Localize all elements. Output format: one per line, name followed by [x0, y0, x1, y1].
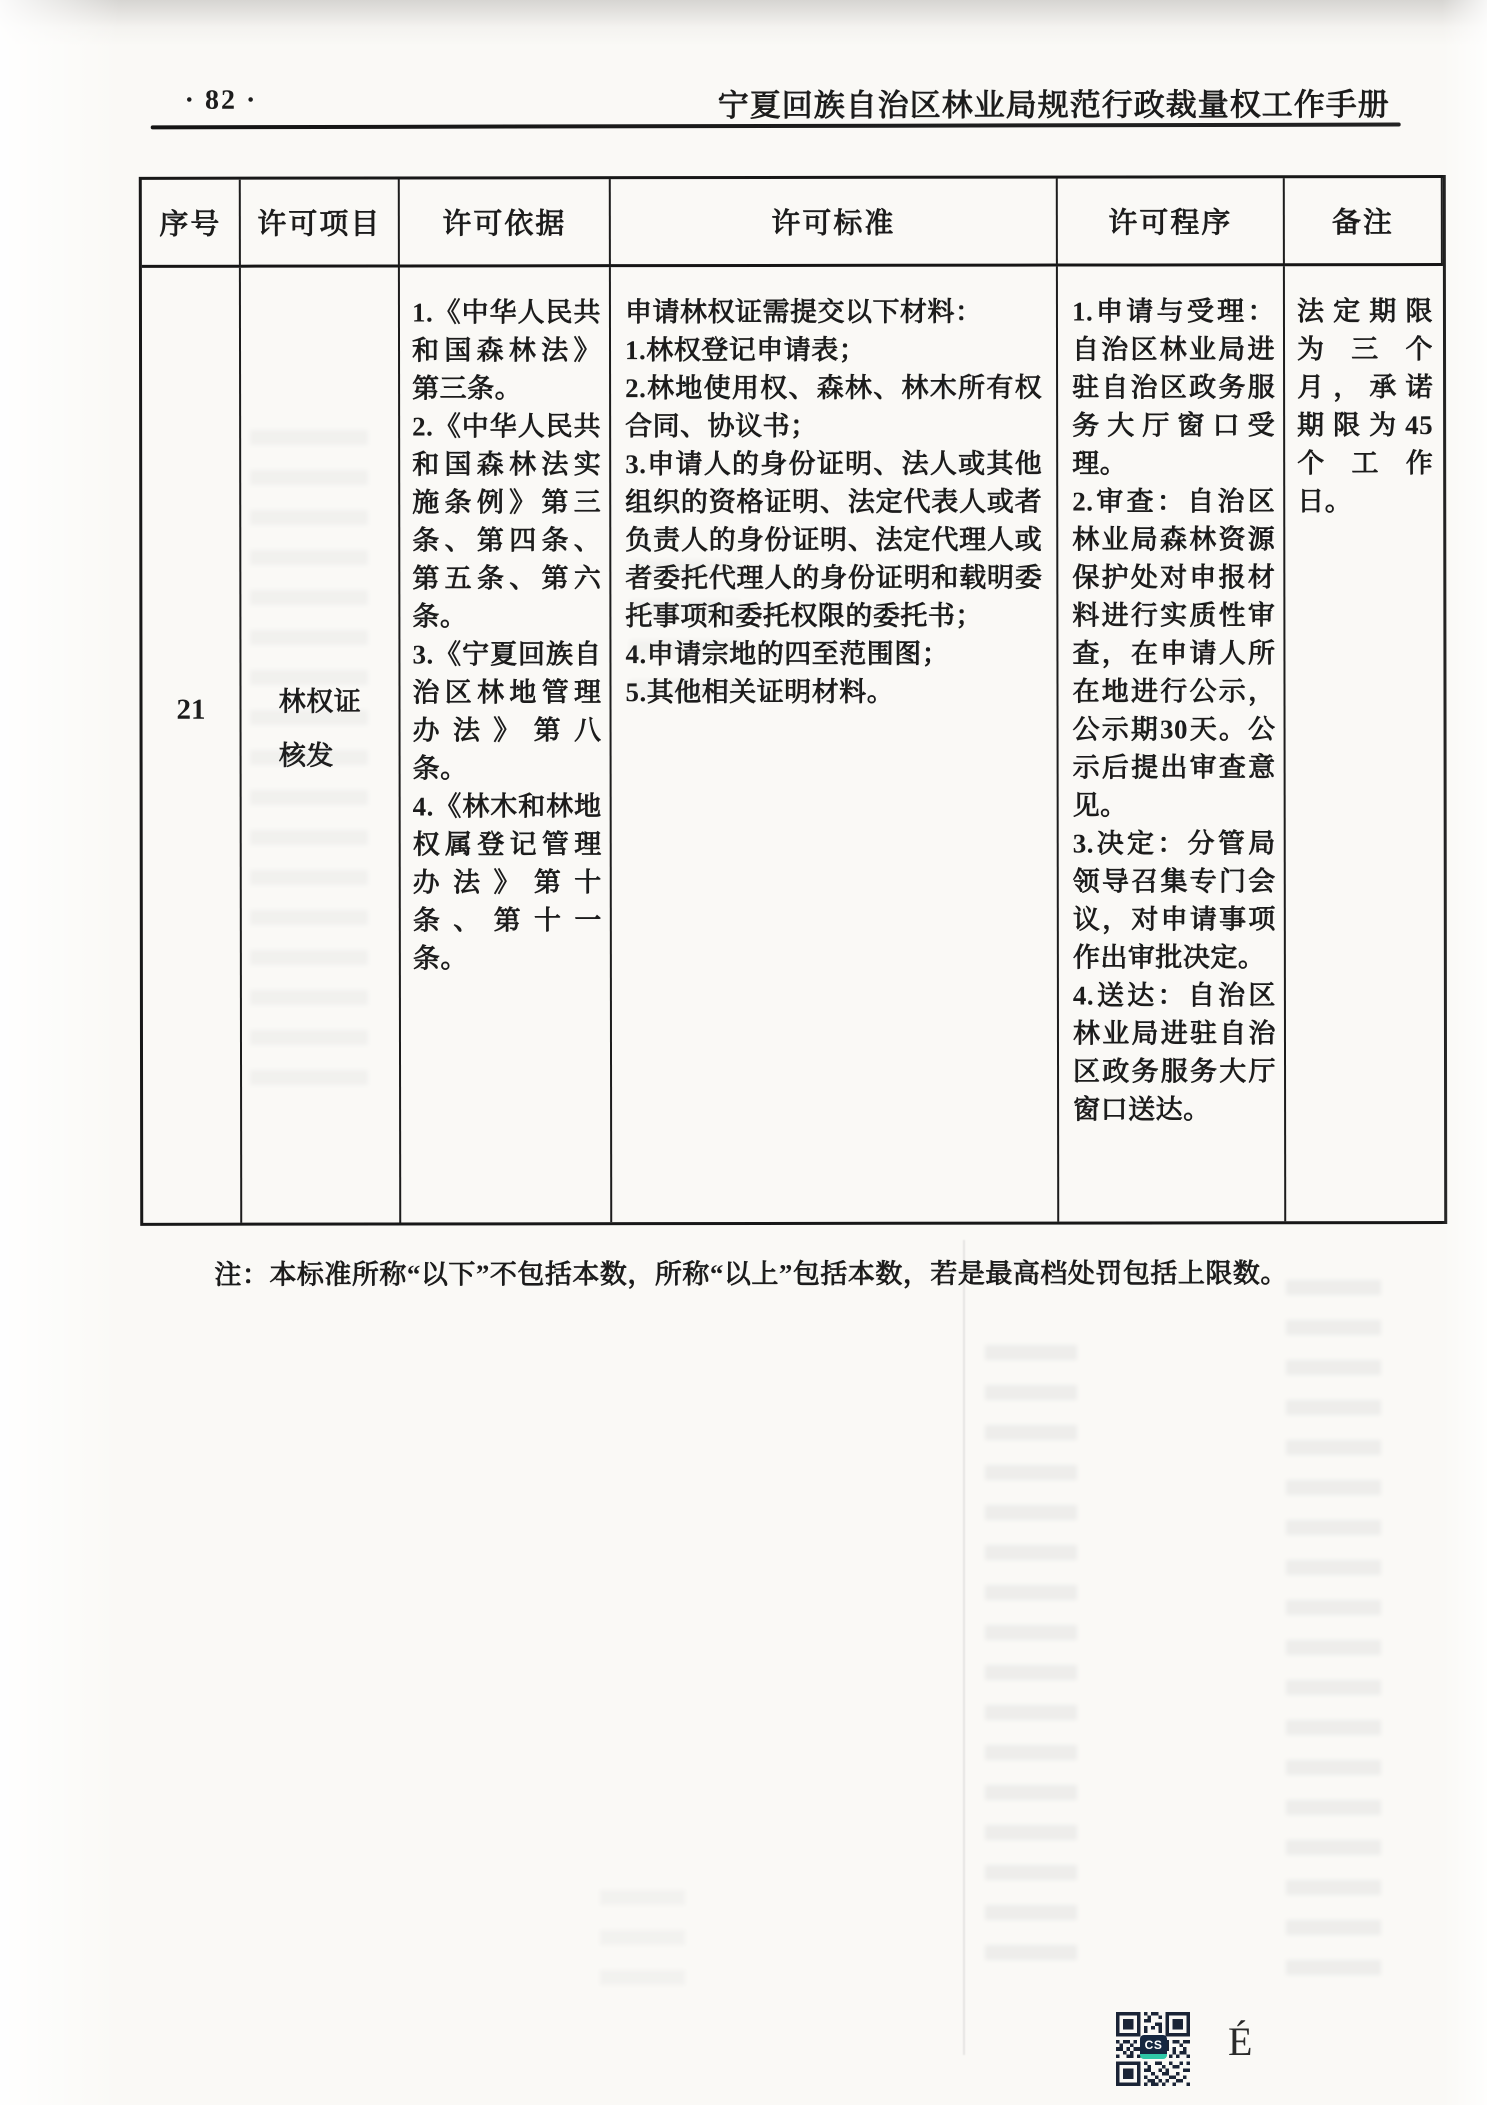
column-header-serial: 序号: [142, 180, 241, 268]
column-header-permit-standard: 许可标准: [611, 179, 1058, 268]
cell-permit-item: 林权证 核发: [241, 267, 401, 1222]
column-header-remarks: 备注: [1285, 178, 1443, 266]
permit-item-text: 林权证 核发: [279, 674, 362, 782]
column-header-permit-item: 许可项目: [241, 179, 400, 267]
permit-basis-text: 1.《中华人民共和国森林法》第三条。 2.《中华人民共和国森林法实施条例》第三条…: [412, 293, 602, 977]
watermark-letter: É: [1228, 2018, 1252, 2065]
permit-procedure-text: 1.申请与受理：自治区林业局进驻自治区政务服务大厅窗口受理。 2.审查：自治区林…: [1072, 292, 1276, 1128]
qr-watermark: CS: [1116, 2012, 1190, 2086]
cell-permit-standard: 申请林权证需提交以下材料： 1.林权登记申请表； 2.林地使用权、森林、林木所有…: [611, 267, 1059, 1223]
column-header-permit-procedure: 许可程序: [1058, 178, 1285, 266]
page-number: · 82 ·: [185, 85, 258, 117]
footnote: 注：本标准所称“以下”不包括本数，所称“以上”包括本数，若是最高档处罚包括上限数…: [214, 1251, 1288, 1291]
column-header-permit-basis: 许可依据: [400, 179, 611, 267]
camscanner-cs-badge: CS: [1140, 2035, 1167, 2059]
document-sheet: · 82 · 宁夏回族自治区林业局规范行政裁量权工作手册 序号 许可项目 许可依…: [0, 0, 1487, 2105]
header-title: 宁夏回族自治区林业局规范行政裁量权工作手册: [718, 79, 1390, 125]
cell-permit-basis: 1.《中华人民共和国森林法》第三条。 2.《中华人民共和国森林法实施条例》第三条…: [400, 267, 612, 1222]
scanned-page: · 82 · 宁夏回族自治区林业局规范行政裁量权工作手册 序号 许可项目 许可依…: [0, 0, 1487, 2105]
cell-permit-procedure: 1.申请与受理：自治区林业局进驻自治区政务服务大厅窗口受理。 2.审查：自治区林…: [1058, 266, 1286, 1221]
cell-serial-number: 21: [142, 268, 242, 1223]
cell-remarks: 法定期限为三个月，承诺期限为45个工作日。: [1285, 266, 1444, 1221]
permit-standard-text: 申请林权证需提交以下材料： 1.林权登记申请表； 2.林地使用权、森林、林木所有…: [625, 293, 1043, 712]
header-rule: [151, 123, 1401, 130]
remarks-text: 法定期限为三个月，承诺期限为45个工作日。: [1297, 292, 1433, 520]
permits-table: 序号 许可项目 许可依据 许可标准 许可程序 备注 21 林权证 核发 1.《中…: [139, 175, 1447, 1226]
